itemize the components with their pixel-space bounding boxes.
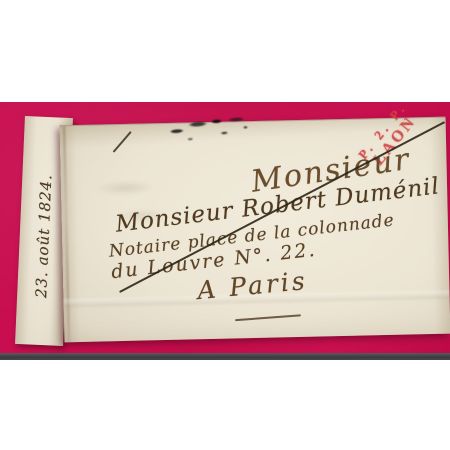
black-cancel-smudge-icon [163,111,251,144]
paper-fold-edge [63,126,71,342]
address-underline [235,314,301,320]
docket-date-text: 23. août 1824. [32,173,55,298]
pen-tick-mark [113,131,132,153]
letter-sheet: P. 2. P. LAON Monsieur Monsieur Robert D… [60,117,450,343]
photo-bottom-edge [0,353,450,360]
product-photo: 23. août 1824. P. 2. P. LAON Monsieur Mo… [0,0,450,450]
letter-photo-background: 23. août 1824. P. 2. P. LAON Monsieur Mo… [0,102,450,360]
